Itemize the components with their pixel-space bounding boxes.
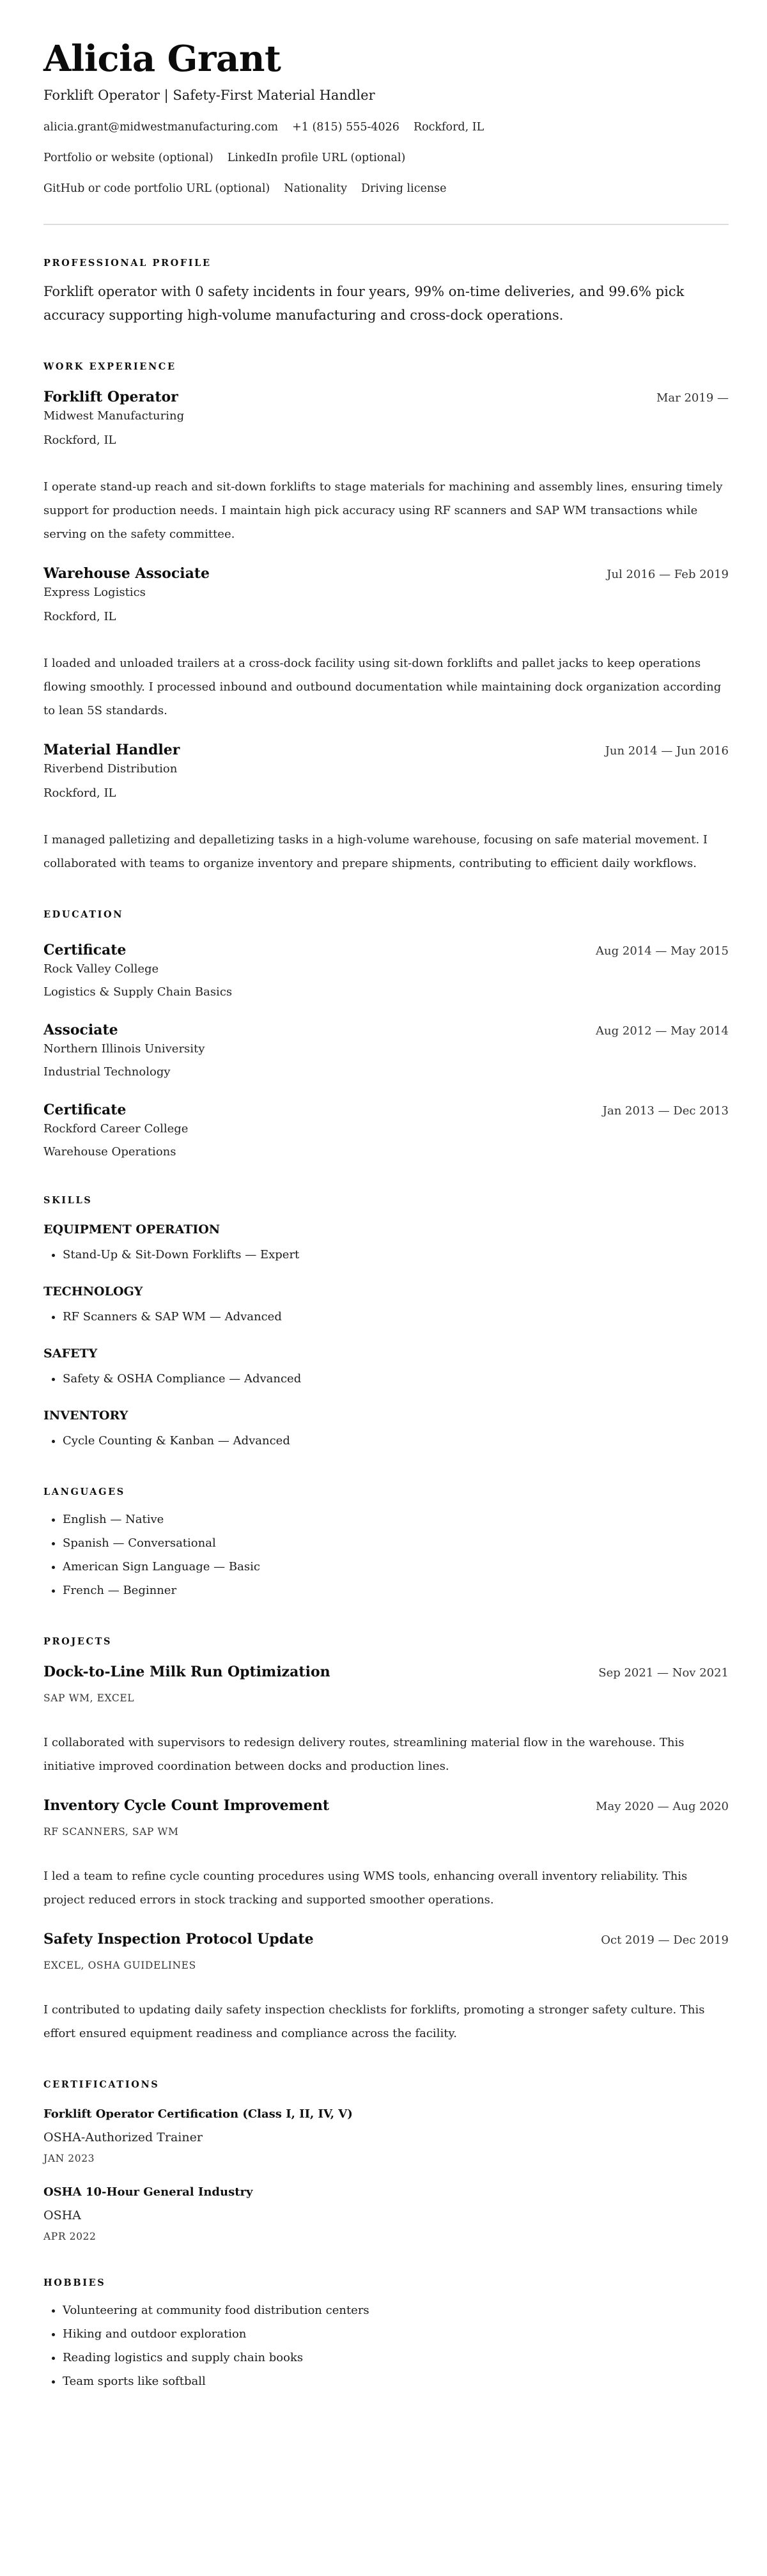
skill-category-title: TECHNOLOGY <box>43 1283 729 1300</box>
profile-section: PROFESSIONAL PROFILE Forklift operator w… <box>43 257 729 327</box>
skill-list: Cycle Counting & Kanban — Advanced <box>43 1429 729 1453</box>
section-title-projects: PROJECTS <box>43 1635 729 1648</box>
degree-name: Associate <box>43 1020 118 1040</box>
languages-list: English — NativeSpanish — Conversational… <box>43 1508 729 1602</box>
language-item: Spanish — Conversational <box>63 1531 729 1555</box>
project-dates: Oct 2019 — Dec 2019 <box>601 1932 729 1949</box>
project-entry-header: Dock-to-Line Milk Run OptimizationSep 20… <box>43 1662 729 1682</box>
education-dates: Aug 2012 — May 2014 <box>596 1022 729 1040</box>
candidate-name: Alicia Grant <box>43 36 729 82</box>
skill-list: Stand-Up & Sit-Down Forklifts — Expert <box>43 1243 729 1267</box>
field-of-study: Logistics & Supply Chain Basics <box>43 983 729 1001</box>
contact-phone[interactable]: +1 (815) 555-4026 <box>292 121 399 134</box>
education-dates: Jan 2013 — Dec 2013 <box>603 1102 729 1120</box>
experience-list: Forklift OperatorMar 2019 —Midwest Manuf… <box>43 387 729 875</box>
project-technologies: EXCEL, OSHA GUIDELINES <box>43 1958 729 1972</box>
experience-section: WORK EXPERIENCE Forklift OperatorMar 201… <box>43 361 729 875</box>
skill-item: Stand-Up & Sit-Down Forklifts — Expert <box>63 1243 729 1267</box>
project-entry: Safety Inspection Protocol UpdateOct 201… <box>43 1930 729 2045</box>
job-location: Rockford, IL <box>43 432 729 449</box>
contact-email[interactable]: alicia.grant@midwestmanufacturing.com <box>43 121 278 134</box>
job-description: I loaded and unloaded trailers at a cros… <box>43 652 729 722</box>
skill-item: Cycle Counting & Kanban — Advanced <box>63 1429 729 1453</box>
job-description: I managed palletizing and depalletizing … <box>43 828 729 875</box>
linkedin-link[interactable]: LinkedIn profile URL (optional) <box>228 152 406 164</box>
language-item: English — Native <box>63 1508 729 1531</box>
contact-row-links: Portfolio or website (optional)LinkedIn … <box>43 150 729 166</box>
certification-entry: Forklift Operator Certification (Class I… <box>43 2105 729 2166</box>
project-description: I collaborated with supervisors to redes… <box>43 1731 729 1778</box>
section-title-skills: SKILLS <box>43 1194 729 1207</box>
profile-summary: Forklift operator with 0 safety incident… <box>43 280 729 327</box>
certification-date: JAN 2023 <box>43 2151 729 2166</box>
portfolio-link[interactable]: Portfolio or website (optional) <box>43 152 213 164</box>
certification-entry: OSHA 10-Hour General IndustryOSHAAPR 202… <box>43 2183 729 2244</box>
candidate-headline: Forklift Operator | Safety-First Materia… <box>43 86 729 105</box>
nationality: Nationality <box>284 182 347 195</box>
experience-entry: Material HandlerJun 2014 — Jun 2016River… <box>43 740 729 875</box>
project-entry: Inventory Cycle Count ImprovementMay 202… <box>43 1796 729 1912</box>
section-title-hobbies: HOBBIES <box>43 2277 729 2290</box>
school-name: Northern Illinois University <box>43 1040 729 1058</box>
hobby-item: Volunteering at community food distribut… <box>63 2299 729 2322</box>
experience-entry-header: Forklift OperatorMar 2019 — <box>43 387 729 407</box>
company-name: Riverbend Distribution <box>43 760 729 778</box>
skill-category-title: INVENTORY <box>43 1407 729 1424</box>
job-dates: Jun 2014 — Jun 2016 <box>605 742 729 760</box>
project-entry-header: Safety Inspection Protocol UpdateOct 201… <box>43 1930 729 1949</box>
project-description: I contributed to updating daily safety i… <box>43 1998 729 2045</box>
certification-name: Forklift Operator Certification (Class I… <box>43 2105 729 2123</box>
hobby-item: Team sports like softball <box>63 2369 729 2393</box>
skills-list: EQUIPMENT OPERATIONStand-Up & Sit-Down F… <box>43 1221 729 1453</box>
resume-header: Alicia Grant Forklift Operator | Safety-… <box>43 36 729 225</box>
field-of-study: Industrial Technology <box>43 1063 729 1081</box>
certification-date: APR 2022 <box>43 2229 729 2244</box>
certification-issuer: OSHA-Authorized Trainer <box>43 2128 729 2146</box>
school-name: Rockford Career College <box>43 1120 729 1138</box>
certification-name: OSHA 10-Hour General Industry <box>43 2183 729 2201</box>
company-name: Midwest Manufacturing <box>43 407 729 425</box>
section-title-experience: WORK EXPERIENCE <box>43 361 729 373</box>
language-item: American Sign Language — Basic <box>63 1555 729 1579</box>
skill-category-title: EQUIPMENT OPERATION <box>43 1221 729 1238</box>
certifications-section: CERTIFICATIONS Forklift Operator Certifi… <box>43 2079 729 2244</box>
projects-section: PROJECTS Dock-to-Line Milk Run Optimizat… <box>43 1635 729 2045</box>
resume-page: Alicia Grant Forklift Operator | Safety-… <box>0 0 767 2432</box>
project-description: I led a team to refine cycle counting pr… <box>43 1864 729 1912</box>
certifications-list: Forklift Operator Certification (Class I… <box>43 2105 729 2244</box>
project-entry: Dock-to-Line Milk Run OptimizationSep 20… <box>43 1662 729 1778</box>
project-technologies: SAP WM, EXCEL <box>43 1691 729 1705</box>
hobby-item: Reading logistics and supply chain books <box>63 2346 729 2369</box>
education-section: EDUCATION CertificateAug 2014 — May 2015… <box>43 909 729 1161</box>
skill-list: Safety & OSHA Compliance — Advanced <box>43 1367 729 1391</box>
job-dates: Jul 2016 — Feb 2019 <box>607 566 729 584</box>
hobbies-section: HOBBIES Volunteering at community food d… <box>43 2277 729 2393</box>
section-title-profile: PROFESSIONAL PROFILE <box>43 257 729 270</box>
experience-entry: Forklift OperatorMar 2019 —Midwest Manuf… <box>43 387 729 546</box>
skill-item: Safety & OSHA Compliance — Advanced <box>63 1367 729 1391</box>
section-title-certifications: CERTIFICATIONS <box>43 2079 729 2091</box>
education-entry-header: AssociateAug 2012 — May 2014 <box>43 1020 729 1040</box>
hobbies-list: Volunteering at community food distribut… <box>43 2299 729 2393</box>
job-location: Rockford, IL <box>43 608 729 626</box>
education-list: CertificateAug 2014 — May 2015Rock Valle… <box>43 941 729 1161</box>
degree-name: Certificate <box>43 941 126 960</box>
project-technologies: RF SCANNERS, SAP WM <box>43 1825 729 1839</box>
project-dates: May 2020 — Aug 2020 <box>596 1798 729 1816</box>
field-of-study: Warehouse Operations <box>43 1143 729 1161</box>
contact-row-extra: GitHub or code portfolio URL (optional)N… <box>43 180 729 197</box>
skills-section: SKILLS EQUIPMENT OPERATIONStand-Up & Sit… <box>43 1194 729 1453</box>
languages-section: LANGUAGES English — NativeSpanish — Conv… <box>43 1486 729 1602</box>
project-dates: Sep 2021 — Nov 2021 <box>598 1664 729 1682</box>
github-link[interactable]: GitHub or code portfolio URL (optional) <box>43 182 270 195</box>
job-description: I operate stand-up reach and sit-down fo… <box>43 475 729 546</box>
project-entry-header: Inventory Cycle Count ImprovementMay 202… <box>43 1796 729 1816</box>
education-entry-header: CertificateJan 2013 — Dec 2013 <box>43 1100 729 1120</box>
education-entry-header: CertificateAug 2014 — May 2015 <box>43 941 729 960</box>
certification-issuer: OSHA <box>43 2206 729 2224</box>
section-title-languages: LANGUAGES <box>43 1486 729 1499</box>
job-title: Material Handler <box>43 740 180 760</box>
contact-location: Rockford, IL <box>414 121 484 134</box>
language-item: French — Beginner <box>63 1579 729 1602</box>
hobby-item: Hiking and outdoor exploration <box>63 2322 729 2346</box>
driving-license: Driving license <box>361 182 446 195</box>
school-name: Rock Valley College <box>43 960 729 978</box>
experience-entry-header: Material HandlerJun 2014 — Jun 2016 <box>43 740 729 760</box>
job-location: Rockford, IL <box>43 785 729 802</box>
job-dates: Mar 2019 — <box>656 389 729 407</box>
project-name: Inventory Cycle Count Improvement <box>43 1796 329 1815</box>
projects-list: Dock-to-Line Milk Run OptimizationSep 20… <box>43 1662 729 2045</box>
company-name: Express Logistics <box>43 584 729 602</box>
education-entry: AssociateAug 2012 — May 2014Northern Ill… <box>43 1020 729 1081</box>
section-title-education: EDUCATION <box>43 909 729 921</box>
job-title: Forklift Operator <box>43 387 178 407</box>
education-entry: CertificateJan 2013 — Dec 2013Rockford C… <box>43 1100 729 1161</box>
experience-entry: Warehouse AssociateJul 2016 — Feb 2019Ex… <box>43 564 729 722</box>
header-divider <box>43 224 729 225</box>
skill-item: RF Scanners & SAP WM — Advanced <box>63 1305 729 1329</box>
skill-category-title: SAFETY <box>43 1345 729 1362</box>
contact-row-primary: alicia.grant@midwestmanufacturing.com+1 … <box>43 119 729 136</box>
skill-list: RF Scanners & SAP WM — Advanced <box>43 1305 729 1329</box>
job-title: Warehouse Associate <box>43 564 210 583</box>
experience-entry-header: Warehouse AssociateJul 2016 — Feb 2019 <box>43 564 729 584</box>
project-name: Dock-to-Line Milk Run Optimization <box>43 1662 330 1682</box>
project-name: Safety Inspection Protocol Update <box>43 1930 314 1949</box>
education-entry: CertificateAug 2014 — May 2015Rock Valle… <box>43 941 729 1001</box>
degree-name: Certificate <box>43 1100 126 1120</box>
education-dates: Aug 2014 — May 2015 <box>596 942 729 960</box>
